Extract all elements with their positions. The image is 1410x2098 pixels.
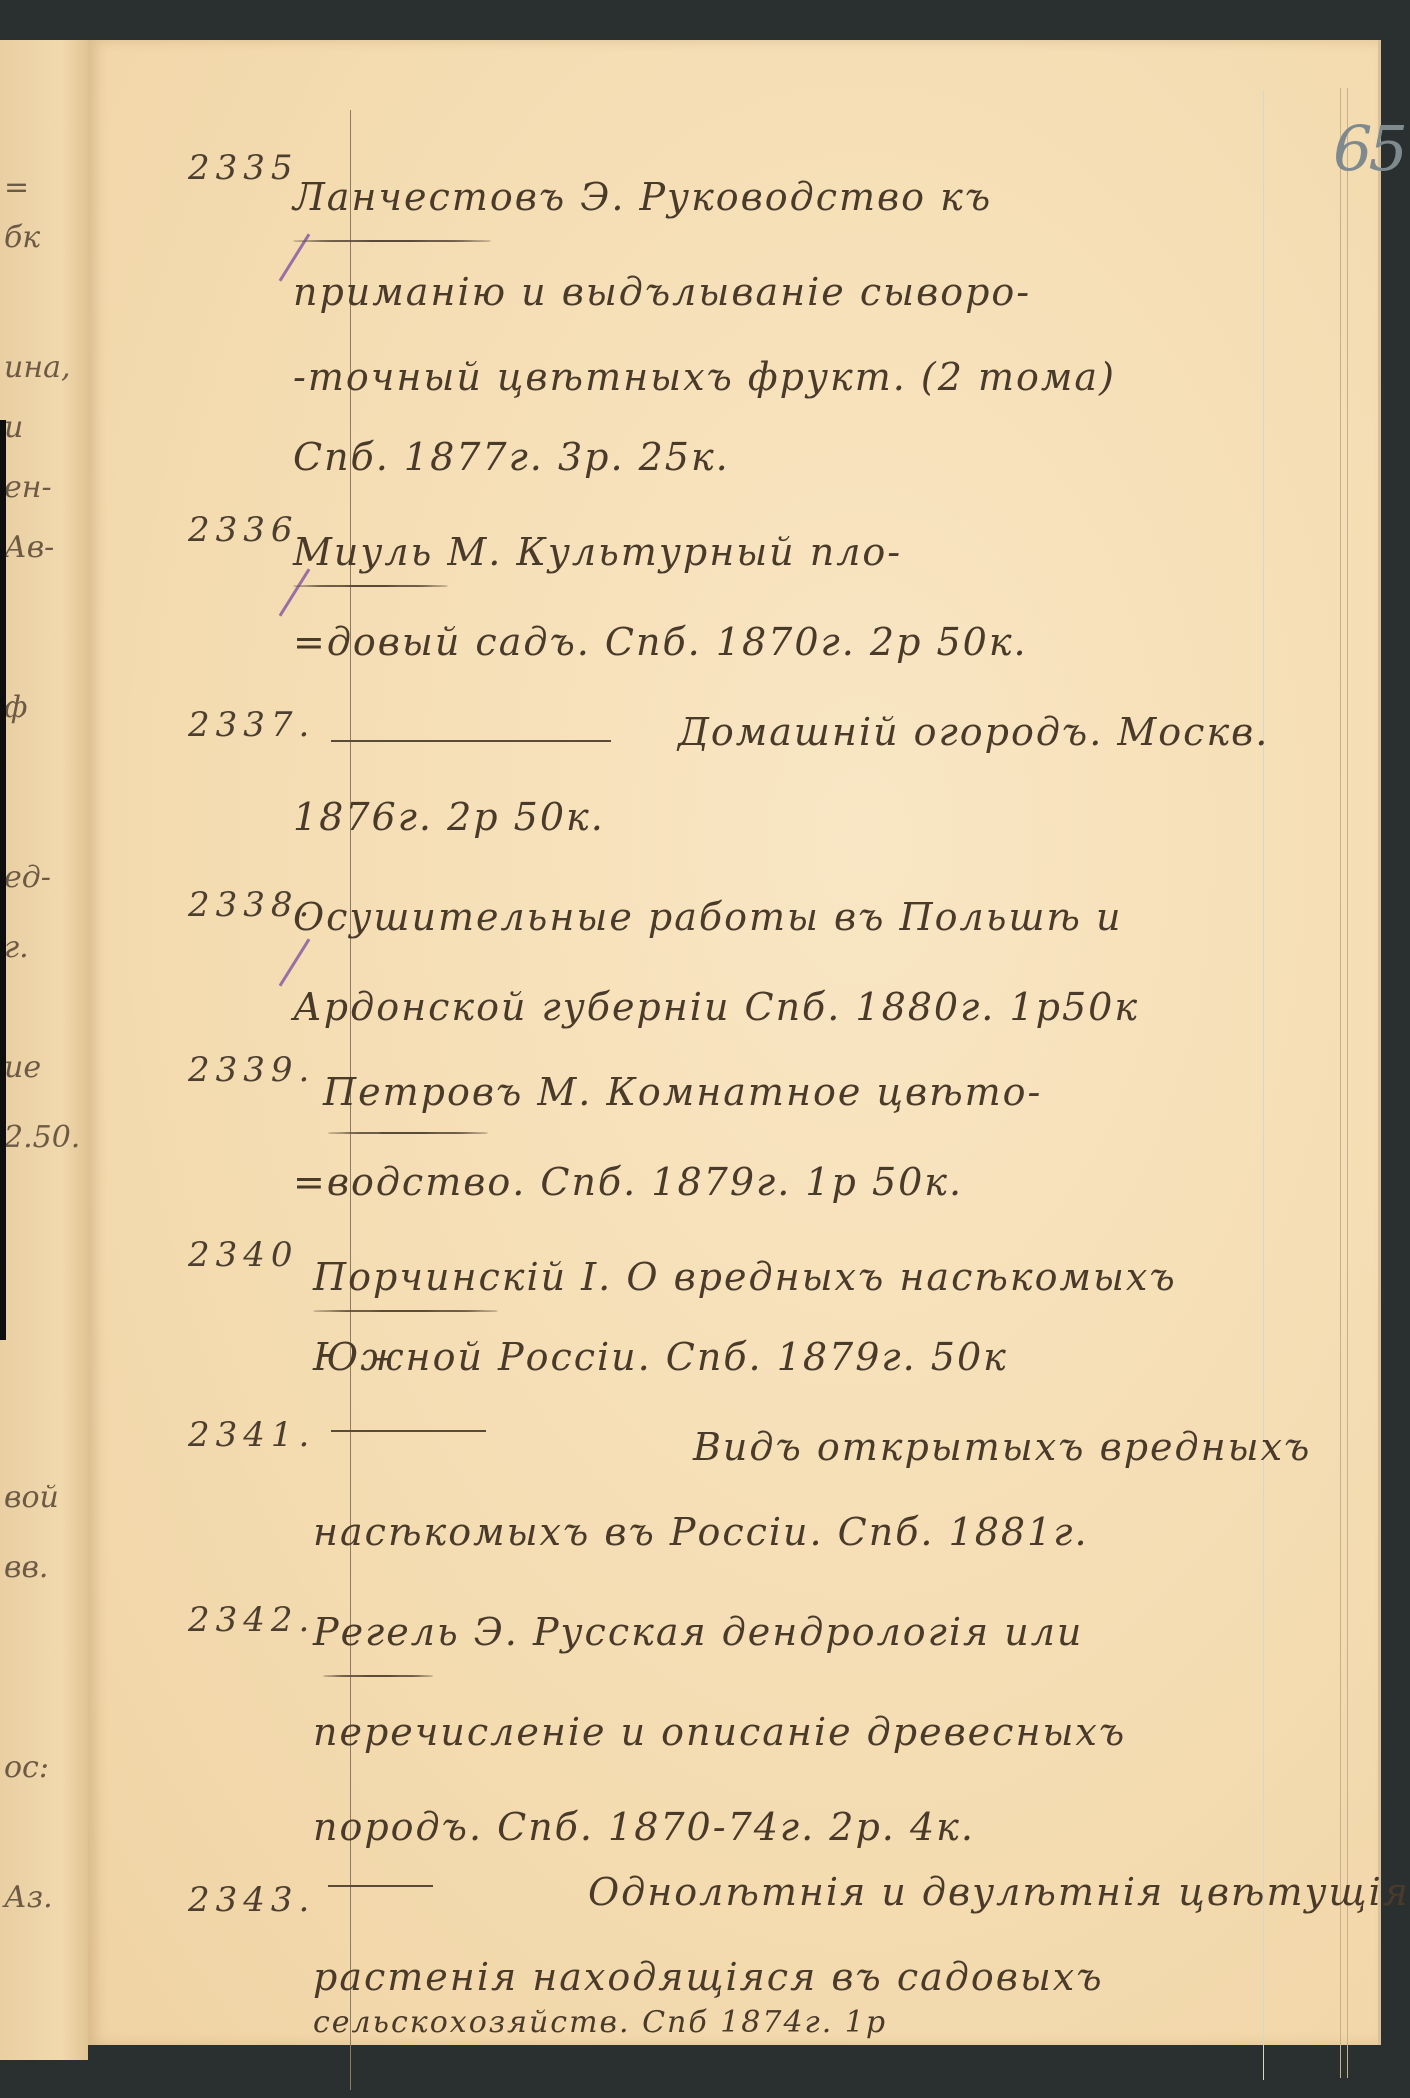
entry-line: =водство. Спб. 1879г. 1р 50к. xyxy=(293,1160,963,1204)
entry-line: 1876г. 2р 50к. xyxy=(293,795,605,839)
entry-line: растенія находящіяся въ садовыхъ xyxy=(313,1955,1104,1999)
page-edge xyxy=(1340,88,1348,2078)
entry-number: 2341. xyxy=(188,1415,315,1455)
ditto-dash xyxy=(328,1885,433,1887)
entry-line: перечисленіе и описаніе древесныхъ xyxy=(313,1710,1126,1754)
entry-line: Видъ открытыхъ вредныхъ xyxy=(693,1425,1311,1469)
entry-line: Регель Э. Русская дендрологія или xyxy=(313,1610,1083,1654)
page-number: 65 xyxy=(1333,112,1404,185)
left-fragment: ос: xyxy=(4,1750,49,1785)
entry-line: Спб. 1877г. 3р. 25к. xyxy=(293,435,730,479)
left-fragment: вой xyxy=(4,1480,59,1515)
left-fragment: бк xyxy=(4,220,40,255)
entry-line: Однолѣтнія и двулѣтнія цвѣтущія xyxy=(588,1870,1410,1914)
scan-border xyxy=(0,420,6,1340)
entry-number: 2342. xyxy=(188,1600,315,1640)
entry-number: 2340 xyxy=(188,1235,299,1275)
entry-number: 2339. xyxy=(188,1050,315,1090)
entry-line: приманію и выдълываніе сыворо- xyxy=(293,270,1031,314)
author-underline xyxy=(323,1675,433,1677)
check-mark-icon xyxy=(279,568,311,616)
left-fragment: ина, xyxy=(4,350,71,385)
left-fragment: 2.50. xyxy=(4,1120,80,1155)
entry-line: Порчинскій I. О вредныхъ насѣкомыхъ xyxy=(313,1255,1177,1299)
entry-line: =довый садъ. Спб. 1870г. 2р 50к. xyxy=(293,620,1028,664)
author-underline xyxy=(293,585,448,587)
left-fragment: ие xyxy=(4,1050,41,1085)
entry-line: Домашній огородъ. Москв. xyxy=(678,710,1269,754)
left-fragment: ф xyxy=(4,690,27,725)
author-underline xyxy=(328,1132,488,1134)
entry-line: Ланчестовъ Э. Руководство къ xyxy=(293,175,992,219)
entry-line: Ардонской губерніи Спб. 1880г. 1р50к xyxy=(293,985,1139,1029)
catalog-page: 65 2335 Ланчестовъ Э. Руководство къ при… xyxy=(88,40,1381,2045)
entry-line: породъ. Спб. 1870-74г. 2р. 4к. xyxy=(313,1805,975,1849)
entry-line: -точный цвѣтныхъ фрукт. (2 тома) xyxy=(293,355,1116,399)
left-fragment: Ав- xyxy=(4,530,54,565)
entry-line: Южной Россіи. Спб. 1879г. 50к xyxy=(313,1335,1008,1379)
left-fragment: ед- xyxy=(4,860,51,895)
entry-number: 2343. xyxy=(188,1880,315,1920)
ditto-dash xyxy=(331,740,611,742)
ditto-dash xyxy=(331,1430,486,1432)
left-facing-page: = бк ина, и ен- Ав- ф ед- г. ие 2.50. во… xyxy=(0,40,88,2060)
entry-number: 2337. xyxy=(188,705,315,745)
entry-number: 2335 xyxy=(188,148,299,188)
left-fragment: г. xyxy=(4,930,29,965)
entry-line: Осушительные работы въ Польшѣ и xyxy=(293,895,1123,939)
entry-line: Петровъ М. Комнатное цвѣто- xyxy=(323,1070,1042,1114)
faint-rule xyxy=(1263,90,1264,2080)
entry-line: насѣкомыхъ въ Россіи. Спб. 1881г. xyxy=(313,1510,1089,1554)
left-fragment: вв. xyxy=(4,1550,48,1585)
left-fragment: = xyxy=(4,170,29,205)
check-mark-icon xyxy=(279,938,311,986)
author-underline xyxy=(293,240,491,242)
left-fragment: ен- xyxy=(4,470,52,505)
left-fragment: Аз. xyxy=(4,1880,53,1915)
entry-line: сельскохозяйств. Спб 1874г. 1р xyxy=(313,2005,887,2040)
author-underline xyxy=(313,1310,498,1312)
entry-line: Миуль М. Культурный пло- xyxy=(293,530,902,574)
left-fragment: и xyxy=(4,410,23,445)
